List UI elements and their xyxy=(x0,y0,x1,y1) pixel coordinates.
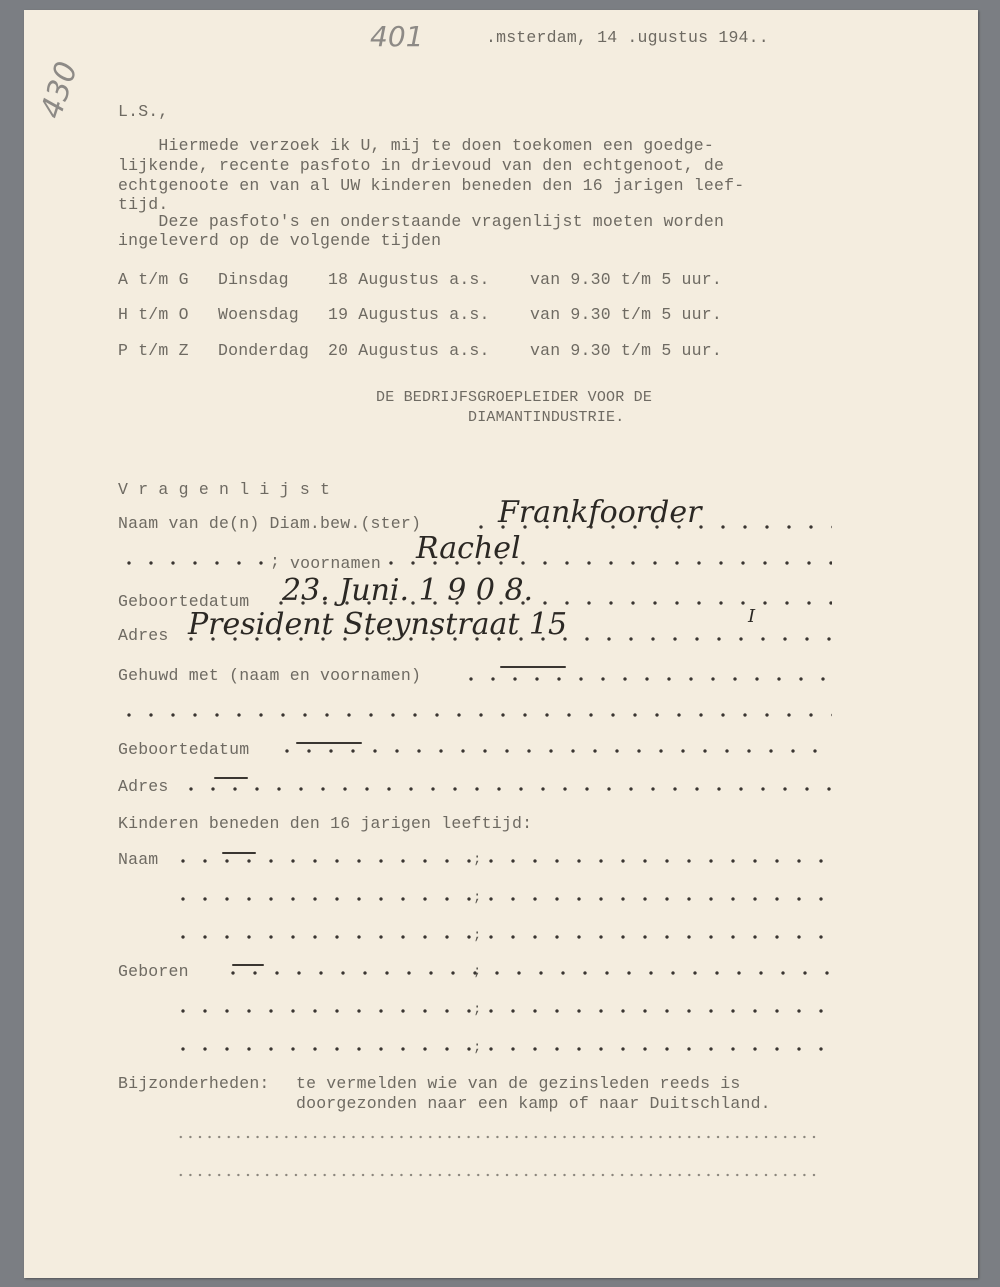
children-born-dotted-line xyxy=(222,970,832,976)
column-separator: ; xyxy=(473,1002,481,1018)
firstname-prefix-dots xyxy=(118,560,278,566)
spouse-address-label: Adres xyxy=(118,779,169,796)
schedule-day: Donderdag xyxy=(218,343,309,360)
children-name-dotted-line xyxy=(172,858,832,864)
children-born-dotted-line xyxy=(172,1046,832,1052)
birthdate-handwritten: 23. Juni. 1 9 0 8. xyxy=(282,576,533,606)
spouse-birthdate-label: Geboortedatum xyxy=(118,742,249,759)
surname-label: Naam van de(n) Diam.bew.(ster) xyxy=(118,516,421,533)
children-heading: Kinderen beneden den 16 jarigen leeftijd… xyxy=(118,816,532,833)
schedule-date: 18 Augustus a.s. xyxy=(328,272,490,289)
children-born-label: Geboren xyxy=(118,964,189,981)
schedule-day: Woensdag xyxy=(218,307,299,324)
column-separator: ; xyxy=(473,964,481,980)
schedule-range: H t/m O xyxy=(118,307,189,324)
children-name-dotted-line xyxy=(172,934,832,940)
firstname-label: voornamen xyxy=(290,556,381,573)
column-separator: ; xyxy=(473,1040,481,1056)
spouse-label: Gehuwd met (naam en voornamen) xyxy=(118,668,421,685)
signature-line: DE BEDRIJFSGROEPLEIDER VOOR DE xyxy=(376,390,652,405)
address-handwritten: President Steynstraat 15 xyxy=(188,610,567,640)
spouse-address-dotted-line xyxy=(180,786,832,792)
surname-handwritten: Frankfoorder xyxy=(498,498,701,528)
place-date: .msterdam, 14 .ugustus 194.. xyxy=(486,30,769,47)
column-separator: ; xyxy=(473,890,481,906)
spouse-birthdate-blank-dash xyxy=(296,742,362,744)
schedule-range: P t/m Z xyxy=(118,343,189,360)
body-line: Hiermede verzoek ik U, mij te doen toeko… xyxy=(118,138,714,155)
spouse-blank-dash xyxy=(500,666,566,668)
remarks-dotted-line xyxy=(176,1172,816,1178)
form-title: V r a g e n l i j s t xyxy=(118,482,330,499)
column-separator: ; xyxy=(473,928,481,944)
pencil-number-top: 401 xyxy=(370,20,423,53)
schedule-range: A t/m G xyxy=(118,272,189,289)
body-line: ingeleverd op de volgende tijden xyxy=(118,233,441,250)
remarks-label: Bijzonderheden: xyxy=(118,1076,270,1093)
schedule-date: 20 Augustus a.s. xyxy=(328,343,490,360)
remarks-text-line: te vermelden wie van de gezinsleden reed… xyxy=(296,1076,740,1093)
schedule-day: Dinsdag xyxy=(218,272,289,289)
body-line: Deze pasfoto's en onderstaande vragenlij… xyxy=(118,214,724,231)
schedule-time: van 9.30 t/m 5 uur. xyxy=(530,272,722,289)
column-separator: ; xyxy=(473,852,481,868)
firstname-semicolon: ; xyxy=(270,554,280,571)
spouse-dotted-line xyxy=(460,676,832,682)
body-line: echtgenoote en van al UW kinderen benede… xyxy=(118,178,744,195)
signature-line: DIAMANTINDUSTRIE. xyxy=(468,410,624,425)
address-floor-handwritten: I xyxy=(748,608,755,626)
remarks-text-line: doorgezonden naar een kamp of naar Duits… xyxy=(296,1096,771,1113)
spouse-dotted-line-2 xyxy=(118,712,832,718)
firstname-handwritten: Rachel xyxy=(416,534,521,564)
children-born-blank-dash xyxy=(232,964,264,966)
salutation: L.S., xyxy=(118,104,169,121)
children-born-dotted-line xyxy=(172,1008,832,1014)
spouse-birthdate-dotted-line xyxy=(276,748,832,754)
schedule-date: 19 Augustus a.s. xyxy=(328,307,490,324)
schedule-time: van 9.30 t/m 5 uur. xyxy=(530,307,722,324)
schedule-time: van 9.30 t/m 5 uur. xyxy=(530,343,722,360)
address-label: Adres xyxy=(118,628,169,645)
children-name-label: Naam xyxy=(118,852,158,869)
remarks-dotted-line xyxy=(176,1134,816,1140)
children-name-blank-dash xyxy=(222,852,256,854)
spouse-address-blank-dash xyxy=(214,777,248,779)
children-name-dotted-line xyxy=(172,896,832,902)
body-line: lijkende, recente pasfoto in drievoud va… xyxy=(118,158,724,175)
